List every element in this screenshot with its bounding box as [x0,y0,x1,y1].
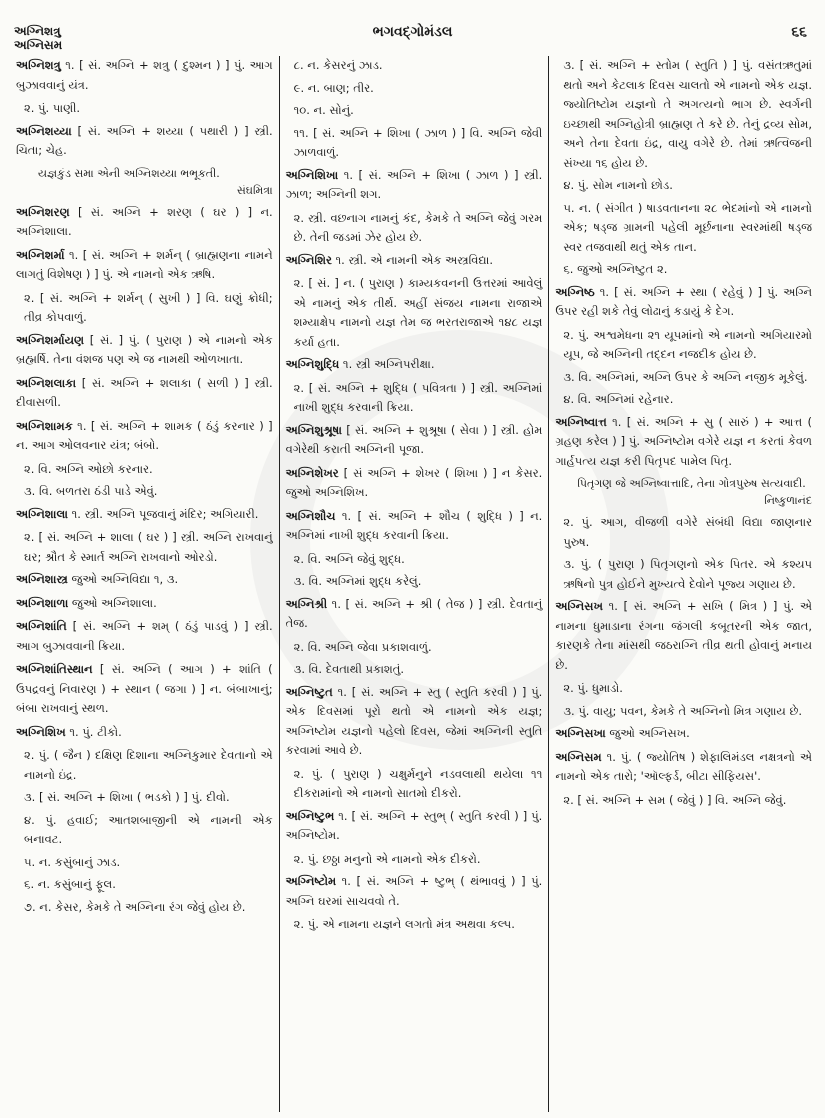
dictionary-entry: અગ્નિશાળા જુઓ અગ્નિશાલા. [16,594,273,614]
definition-text: ૧. [ સં. અગ્નિ + સ્થા ( રહેવું ) ] પું. … [555,285,812,319]
definition-sense: ૩. વિ. બળતરા ઠંડી પાડે એવું. [24,482,273,502]
definition-sense: ૨. [ સં. અગ્નિ + શુદ્ધિ ( પવિત્રતા ) ] સ… [294,379,543,418]
guide-word-last: અગ્નિસમ [14,38,62,52]
headword: અગ્નિશિખ [16,725,66,739]
headword: અગ્નિશાસ્ત્ર [16,572,68,586]
quote-source: નિષ્કુળાનંદ [577,492,812,509]
headword: અગ્નિશાંતિસ્થાન [16,662,93,676]
dictionary-entry: અગ્નિશુદ્ધિ ૧. સ્ત્રી અગ્નિપરીક્ષા. [286,355,543,375]
page-number: ૬૬ [791,24,807,40]
definition-sense: ૨. પું. એ નામના યજ્ઞને લગતો મંત્ર અથવા ક… [294,915,543,935]
dictionary-entry: અગ્નિશેખર [ સં અગ્નિ + શેખર ( શિખા ) ] ન… [286,464,543,503]
dictionary-entry: અગ્નિસખા જુઓ અગ્નિસખ. [555,724,812,744]
dictionary-entry: અગ્નિષ્ટુભ ૧. [ સં. અગ્નિ + સ્તુભ્ ( સ્ત… [286,807,543,846]
definition-sense: ૮. ન. કેસરનું ઝાડ. [294,56,543,76]
definition-sense: ૫. ન. કસુંબાનું ઝાડ. [24,853,273,873]
definition-sense: ૯. ન. બાણ; તીર. [294,79,543,99]
headword: અગ્નિષ્ટોમ [286,874,336,888]
page-title: ભગવદ્ગોમંડલ [0,24,825,40]
headword: અગ્નિશૌચ [286,509,336,523]
headword: અગ્નિશ્રી [286,597,327,611]
definition-sense: ૪. પું. સોમ નામનો છોડ. [563,176,812,196]
dictionary-entry: અગ્નિષ્ટુત ૧. [ સં. અગ્નિ + સ્તુ ( સ્તુત… [286,683,543,761]
dictionary-entry: અગ્નિસખ ૧. [ સં. અગ્નિ + સખિ ( મિત્ર ) ]… [555,597,812,675]
headword: અગ્નિસખા [555,726,605,740]
dictionary-entry: અગ્નિશાલા ૧. સ્ત્રી. અગ્નિ પૂજવાનું મંદિ… [16,505,273,525]
dictionary-entry: અગ્નિશિખા ૧. [ સં. અગ્નિ + શિખા ( ઝાળ ) … [286,166,543,205]
dictionary-entry: અગ્નિશય્યા [ સં. અગ્નિ + શય્યા ( પથારી )… [16,122,273,161]
definition-sense: ૩. પું. ( પુરાણ ) પિતૃગણનો એક પિતર. એ કશ… [563,555,812,594]
definition-sense: ૩. વિ. અગ્નિમાં શુદ્ધ કરેલું. [294,572,543,592]
dictionary-entry: અગ્નિષ્ઠ ૧. [ સં. અગ્નિ + સ્થા ( રહેવું … [555,283,812,322]
definition-sense: ૧૦. ન. સોનું. [294,101,543,121]
quote-source: સંઘમિત્રા [38,182,273,199]
headword: અગ્નિષ્ટુભ [286,809,335,823]
dictionary-entry: અગ્નિશલાકા [ સં. અગ્નિ + શલાકા ( સળી ) ]… [16,374,273,413]
definition-sense: ૨. પું. ( જૈન ) દક્ષિણ દિશાના અગ્નિકુમાર… [24,746,273,785]
definition-sense: ૩. [ સં. અગ્નિ + સ્તોમ ( સ્તુતિ ) ] પું.… [563,56,812,173]
column-right: ૩. [ સં. અગ્નિ + સ્તોમ ( સ્તુતિ ) ] પું.… [548,56,818,1112]
dictionary-entry: અગ્નિશૌચ ૧. [ સં. અગ્નિ + શૌચ ( શુદ્ધિ )… [286,507,543,546]
dictionary-columns: અગ્નિશત્રુ ૧. [ સં. અગ્નિ + શત્રુ ( દુશ્… [10,56,818,1112]
headword: અગ્નિશાલા [16,507,68,521]
dictionary-entry: અગ્નિશ્રી ૧. [ સં. અગ્નિ + શ્રી ( તેજ ) … [286,595,543,634]
headword: અગ્નિશેખર [286,466,339,480]
dictionary-entry: અગ્નિસમ ૧. પું. ( જ્યોતિષ ) શેફાલિમંડલ ન… [555,748,812,787]
quote-text: યજ્ઞકુંડ સમા એની અગ્નિશય્યા ભભૂકતી. [38,167,220,180]
headword: અગ્નિષ્ઠ [555,285,594,299]
dictionary-entry: અગ્નિશાંતિ [ સં. અગ્નિ + શમ્ ( ઠંડું પાડ… [16,617,273,656]
definition-text: ૧. સ્ત્રી. એ નામની એક અસ્ત્રવિદ્યા. [332,253,493,267]
headword: અગ્નિશય્યા [16,124,72,138]
headword: અગ્નિશુશ્રૂષા [286,423,342,437]
headword: અગ્નિસમ [555,750,601,764]
definition-text: જુઓ અગ્નિવિદ્યા ૧, ૩. [68,572,178,586]
headword: અગ્નિષ્વાત્ત [555,415,607,429]
definition-text: જુઓ અગ્નિશાલા. [68,596,156,610]
dictionary-entry: અગ્નિશત્રુ ૧. [ સં. અગ્નિ + શત્રુ ( દુશ્… [16,56,273,95]
dictionary-entry: અગ્નિશાસ્ત્ર જુઓ અગ્નિવિદ્યા ૧, ૩. [16,570,273,590]
headword: અગ્નિષ્ટુત [286,685,333,699]
definition-sense: ૨. વિ. અગ્નિ ઓછો કરનાર. [24,460,273,480]
headword: અગ્નિશલાકા [16,376,76,390]
definition-sense: ૬. ન. કસુંબાનું ફૂલ. [24,875,273,895]
definition-sense: ૫. ન. ( સંગીત ) ષાડવતાનના ૨૮ ભેદમાંનો એ … [563,199,812,258]
definition-sense: ૩. પું. વાયુ; પવન, કેમકે તે અગ્નિનો મિત્… [563,702,812,722]
definition-sense: ૨. પું. આગ, વીજળી વગેરે સંબંધી વિદ્યા જા… [563,513,812,552]
definition-sense: ૩. વિ. દેવતાથી પ્રકાશતું. [294,660,543,680]
dictionary-entry: અગ્નિષ્ટોમ ૧. [ સં. અગ્નિ + ષ્ટુભ્ ( થંભ… [286,872,543,911]
dictionary-entry: અગ્નિષ્વાત્ત ૧. [ સં. અગ્નિ + સુ ( સારું… [555,413,812,472]
definition-text: ૧. પું. ટીકો. [66,725,122,739]
definition-sense: ૨. [ સં. અગ્નિ + શાલા ( ઘર ) ] સ્ત્રી. અ… [24,528,273,567]
headword: અગ્નિશરણ [16,205,70,219]
dictionary-entry: અગ્નિશર્મા ૧. [ સં. અગ્નિ + શર્મન્ ( બ્ર… [16,246,273,285]
definition-sense: ૩. [ સં. અગ્નિ + શિખા ( ભડકો ) ] પું. દી… [24,788,273,808]
definition-sense: ૨. પું. અશ્વમેધના ૨૧ યૂપમાંનો એ નામનો અગ… [563,326,812,365]
dictionary-entry: અગ્નિશરણ [ સં. અગ્નિ + શરણ ( ઘર ) ] ન. અ… [16,203,273,242]
definition-sense: ૪. પું. હવાઈ; આતશબાજીની એ નામની એક બનાવટ… [24,811,273,850]
dictionary-entry: અગ્નિશિખ ૧. પું. ટીકો. [16,723,273,743]
headword: અગ્નિશર્માયણ [16,333,84,347]
dictionary-entry: અગ્નિશાંતિસ્થાન [ સં. અગ્નિ ( આગ ) + શાં… [16,660,273,719]
definition-sense: ૨. પું. ( પુરાણ ) ચક્ષુર્મનુને નડવલાથી થ… [294,765,543,804]
headword: અગ્નિશામક [16,419,73,433]
column-left: અગ્નિશત્રુ ૧. [ સં. અગ્નિ + શત્રુ ( દુશ્… [10,56,279,1112]
dictionary-entry: અગ્નિશામક ૧. [ સં. અગ્નિ + શામક ( ઠંડું … [16,417,273,456]
headword: અગ્નિશાંતિ [16,619,67,633]
column-middle: ૮. ન. કેસરનું ઝાડ.૯. ન. બાણ; તીર.૧૦. ન. … [279,56,549,1112]
headword: અગ્નિસખ [555,599,603,613]
definition-sense: ૬. જુઓ અગ્નિષ્ટુત ૨. [563,260,812,280]
dictionary-entry: અગ્નિશુશ્રૂષા [ સં. અગ્નિ + શુશ્રૂષા ( સ… [286,421,543,460]
definition-sense: ૨. [ સં. અગ્નિ + સમ ( જેવું ) ] વિ. અગ્ન… [563,791,812,811]
definition-sense: ૨. પું. ધુમાડો. [563,679,812,699]
headword: અગ્નિશત્રુ [16,58,61,72]
definition-text: જુઓ અગ્નિસખ. [606,726,690,740]
definition-sense: ૨. [ સં. ] ન. ( પુરાણ ) કામ્યકવનની ઉત્તર… [294,274,543,352]
dictionary-entry: અગ્નિશિર ૧. સ્ત્રી. એ નામની એક અસ્ત્રવિદ… [286,251,543,271]
definition-text: ૧. સ્ત્રી અગ્નિપરીક્ષા. [339,357,434,371]
definition-sense: ૩. વિ. અગ્નિમાં, અગ્નિ ઉપર કે અગ્નિ નજીક… [563,368,812,388]
definition-sense: ૨. પું. પાણી. [24,99,273,119]
definition-sense: ૪. વિ. અગ્નિમાં રહેનાર. [563,390,812,410]
definition-sense: ૨. પું. છઠ્ઠા મનુનો એ નામનો એક દીકરો. [294,850,543,870]
page-header: અગ્નિશત્રુ અગ્નિસમ ભગવદ્ગોમંડલ ૬૬ [0,0,825,56]
headword: અગ્નિશાળા [16,596,68,610]
definition-sense: ૨. સ્ત્રી. વછનાગ નામનું કંદ, કેમકે તે અગ… [294,209,543,248]
dictionary-entry: અગ્નિશર્માયણ [ સં. ] પું. ( પુરાણ ) એ ના… [16,331,273,370]
citation-quote: યજ્ઞકુંડ સમા એની અગ્નિશય્યા ભભૂકતી.સંઘમિ… [38,165,273,199]
quote-text: પિતૃગણ જે અગ્નિષ્વાત્તાદિ, તેના ગોત્રપુર… [577,477,805,490]
definition-text: ૧. સ્ત્રી. અગ્નિ પૂજવાનું મંદિર; અગિયારી… [68,507,258,521]
definition-sense: ૨. વિ. અગ્નિ જેવું શુદ્ધ. [294,550,543,570]
citation-quote: પિતૃગણ જે અગ્નિષ્વાત્તાદિ, તેના ગોત્રપુર… [577,475,812,509]
definition-sense: ૧૧. [ સં. અગ્નિ + શિખા ( ઝાળ ) ] વિ. અગ્… [294,124,543,163]
headword: અગ્નિશર્મા [16,248,65,262]
headword: અગ્નિશિર [286,253,332,267]
definition-sense: ૨. [ સં. અગ્નિ + શર્મન્ ( સુખી ) ] વિ. ઘ… [24,289,273,328]
headword: અગ્નિશિખા [286,168,339,182]
definition-sense: ૨. વિ. અગ્નિ જેવા પ્રકાશવાળું. [294,638,543,658]
definition-sense: ૭. ન. કેસર, કેમકે તે અગ્નિના રંગ જેવું હ… [24,898,273,918]
headword: અગ્નિશુદ્ધિ [286,357,340,371]
